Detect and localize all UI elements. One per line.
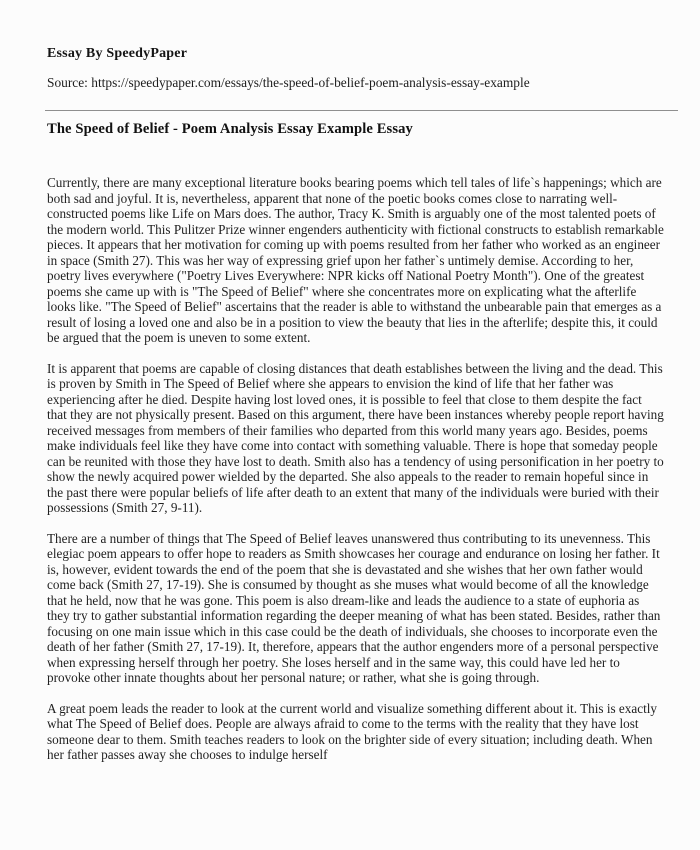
essay-byline: Essay By SpeedyPaper (47, 46, 664, 62)
essay-title: The Speed of Belief - Poem Analysis Essa… (47, 121, 664, 138)
divider (45, 110, 678, 111)
document-page: Essay By SpeedyPaper Source: https://spe… (0, 0, 700, 850)
essay-body: Currently, there are many exceptional li… (47, 175, 664, 763)
paragraph-2: It is apparent that poems are capable of… (47, 361, 664, 516)
paragraph-4: A great poem leads the reader to look at… (47, 701, 664, 763)
source-line: Source: https://speedypaper.com/essays/t… (47, 75, 664, 91)
paragraph-1: Currently, there are many exceptional li… (47, 175, 664, 346)
paragraph-3: There are a number of things that The Sp… (47, 531, 664, 686)
